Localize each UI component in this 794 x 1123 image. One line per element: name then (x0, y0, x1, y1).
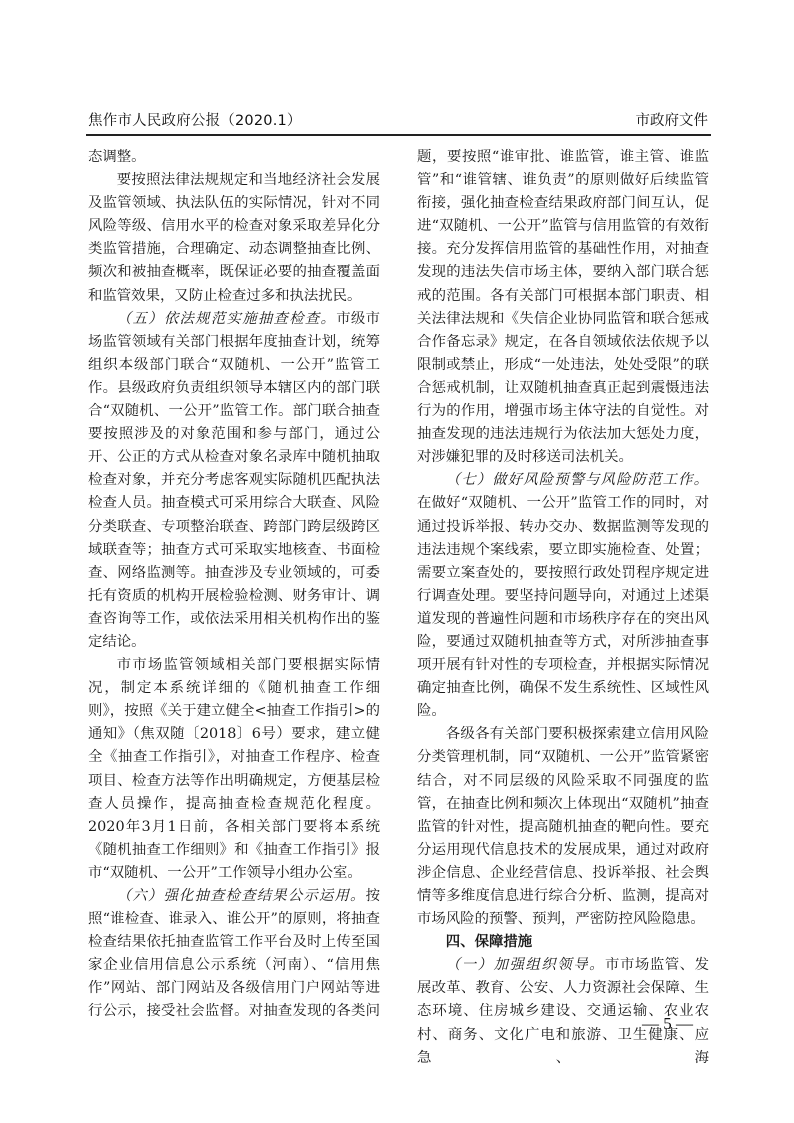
paragraph-body: 按照“谁检查、谁录入、谁公开”的原则，将抽查检查结果依托抽查监管工作平台及时上传… (88, 888, 380, 1019)
publication-title: 焦作市人民政府公报（2020.1） (88, 109, 302, 130)
section-heading: 四、保障措施 (417, 931, 709, 954)
paragraph: （六）强化抽查检查结果公示运用。按照“谁检查、谁录入、谁公开”的原则，将抽查检查… (88, 885, 380, 1024)
paragraph: 各级各有关部门要积极探索建立信用风险分类管理机制，同“双随机、一公开”监管紧密结… (417, 723, 709, 931)
subsection-heading: （六）强化抽查检查结果公示运用。 (117, 888, 366, 904)
subsection-heading: （五）依法规范实施抽查检查。 (117, 311, 336, 327)
page-number: — 5 — (642, 1014, 693, 1034)
paragraph: （一）加强组织领导。市市场监管、发展改革、教育、公安、人力资源社会保障、生态环境… (417, 954, 709, 1069)
paragraph: 要按照法律法规规定和当地经济社会发展及监管领域、执法队伍的实际情况，针对不同风险… (88, 169, 380, 308)
header-divider (86, 134, 711, 136)
page-header: 焦作市人民政府公报（2020.1） 市政府文件 (86, 107, 710, 131)
paragraph-body: 市级市场监管领域有关部门根据年度抽查计划，统筹组织本级部门联合“双随机、一公开”… (88, 311, 380, 650)
paragraph: 市市场监管领域相关部门要根据实际情况，制定本系统详细的《随机抽查工作细则》，按照… (88, 654, 380, 885)
paragraph: 态调整。 (88, 146, 380, 169)
subsection-heading: （一）加强组织领导。 (446, 957, 605, 973)
paragraph: （七）做好风险预警与风险防范工作。在做好“双随机、一公开”监管工作的同时，对通过… (417, 469, 709, 723)
paragraph-body: 在做好“双随机、一公开”监管工作的同时，对通过投诉举报、转办交办、数据监测等发现… (417, 495, 709, 719)
paragraph: 题，要按照“谁审批、谁监管，谁主管、谁监管”和“谁管辖、谁负责”的原则做好后续监… (417, 146, 709, 469)
subsection-heading: （七）做好风险预警与风险防范工作。 (446, 472, 709, 488)
section-label: 市政府文件 (636, 109, 709, 130)
right-column: 题，要按照“谁审批、谁监管，谁主管、谁监管”和“谁管辖、谁负责”的原则做好后续监… (417, 146, 709, 1070)
paragraph: （五）依法规范实施抽查检查。市级市场监管领域有关部门根据年度抽查计划，统筹组织本… (88, 308, 380, 654)
left-column: 态调整。 要按照法律法规规定和当地经济社会发展及监管领域、执法队伍的实际情况，针… (88, 146, 380, 1024)
paragraph-body: 市市场监管、发展改革、教育、公安、人力资源社会保障、生态环境、住房城乡建设、交通… (417, 957, 709, 1065)
